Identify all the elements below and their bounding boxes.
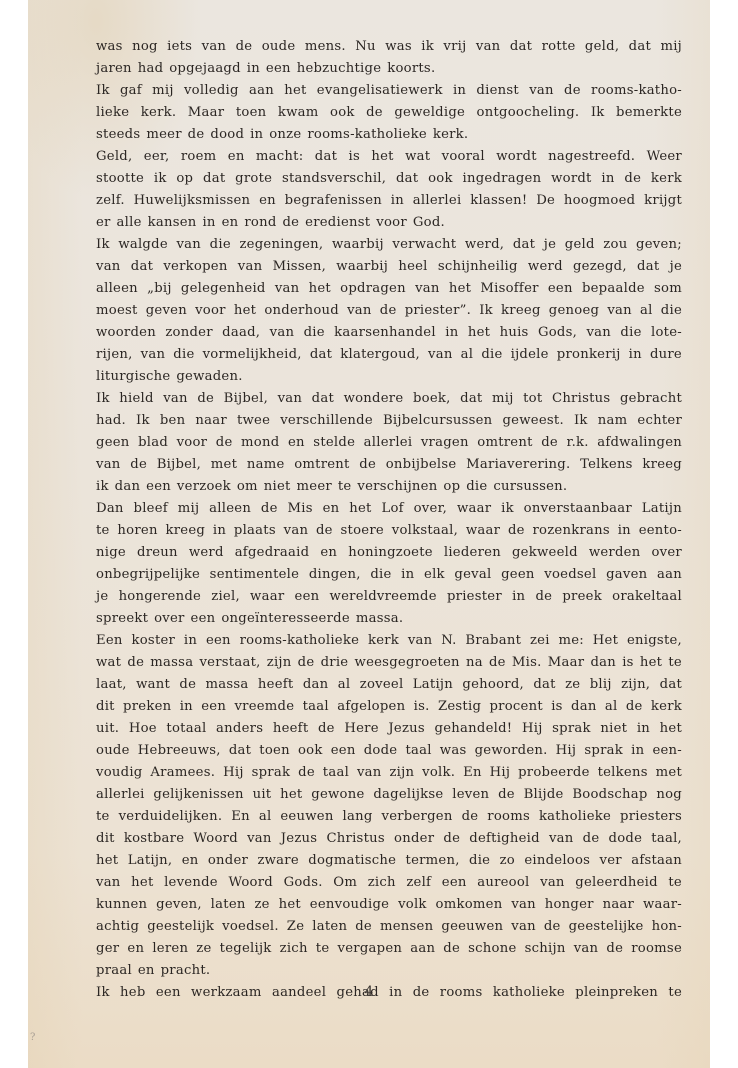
text-line: spreekt over een ongeïnteresseerde massa… <box>96 608 682 630</box>
text-line: achtig geestelijk voedsel. Ze laten de m… <box>96 916 682 938</box>
page-number: 4 <box>0 984 738 1000</box>
text-line: dit kostbare Woord van Jezus Christus on… <box>96 828 682 850</box>
body-text: was nog iets van de oude mens. Nu was ik… <box>96 36 682 1004</box>
text-line: er alle kansen in en rond de eredienst v… <box>96 212 682 234</box>
text-line: van het levende Woord Gods. Om zich zelf… <box>96 872 682 894</box>
text-line: Ik walgde van die zegeningen, waarbij ve… <box>96 234 682 256</box>
text-line: kunnen geven, laten ze het eenvoudige vo… <box>96 894 682 916</box>
text-line: stootte ik op dat grote standsverschil, … <box>96 168 682 190</box>
text-line: te verduidelijken. En al eeuwen lang ver… <box>96 806 682 828</box>
text-line: je hongerende ziel, waar een wereldvreem… <box>96 586 682 608</box>
text-line: te horen kreeg in plaats van de stoere v… <box>96 520 682 542</box>
text-line: van dat verkopen van Missen, waarbij hee… <box>96 256 682 278</box>
text-line: Ik hield van de Bijbel, van dat wondere … <box>96 388 682 410</box>
text-line: rijen, van die vormelijkheid, dat klater… <box>96 344 682 366</box>
text-line: Dan bleef mij alleen de Mis en het Lof o… <box>96 498 682 520</box>
text-line: alleen „bij gelegenheid van het opdragen… <box>96 278 682 300</box>
text-line: uit. Hoe totaal anders heeft de Here Jez… <box>96 718 682 740</box>
text-line: allerlei gelijkenissen uit het gewone da… <box>96 784 682 806</box>
text-line: praal en pracht. <box>96 960 682 982</box>
text-line: steeds meer de dood in onze rooms-kathol… <box>96 124 682 146</box>
text-line: oude Hebreeuws, dat toen ook een dode ta… <box>96 740 682 762</box>
text-line: wat de massa verstaat, zijn de drie wees… <box>96 652 682 674</box>
text-line: ger en leren ze tegelijk zich te vergape… <box>96 938 682 960</box>
text-line: nige dreun werd afgedraaid en honingzoet… <box>96 542 682 564</box>
text-line: onbegrijpelijke sentimentele dingen, die… <box>96 564 682 586</box>
text-line: van de Bijbel, met name omtrent de onbij… <box>96 454 682 476</box>
text-line: woorden zonder daad, van die kaarsenhand… <box>96 322 682 344</box>
text-line: liturgische gewaden. <box>96 366 682 388</box>
text-line: Geld, eer, roem en macht: dat is het wat… <box>96 146 682 168</box>
text-line: het Latijn, en onder zware dogmatische t… <box>96 850 682 872</box>
text-line: voudig Aramees. Hij sprak de taal van zi… <box>96 762 682 784</box>
text-line: Ik gaf mij volledig aan het evangelisati… <box>96 80 682 102</box>
text-line: zelf. Huwelijksmissen en begrafenissen i… <box>96 190 682 212</box>
text-line: jaren had opgejaagd in een hebzuchtige k… <box>96 58 682 80</box>
text-line: dit preken in een vreemde taal afgelopen… <box>96 696 682 718</box>
text-line: lieke kerk. Maar toen kwam ook de geweld… <box>96 102 682 124</box>
text-line: Een koster in een rooms-katholieke kerk … <box>96 630 682 652</box>
text-line: ik dan een verzoek om niet meer te versc… <box>96 476 682 498</box>
text-line: moest geven voor het onderhoud van de pr… <box>96 300 682 322</box>
text-line: geen blad voor de mond en stelde allerle… <box>96 432 682 454</box>
text-line: was nog iets van de oude mens. Nu was ik… <box>96 36 682 58</box>
margin-mark: ? <box>30 1032 35 1043</box>
text-line: had. Ik ben naar twee verschillende Bijb… <box>96 410 682 432</box>
text-line: laat, want de massa heeft dan al zoveel … <box>96 674 682 696</box>
